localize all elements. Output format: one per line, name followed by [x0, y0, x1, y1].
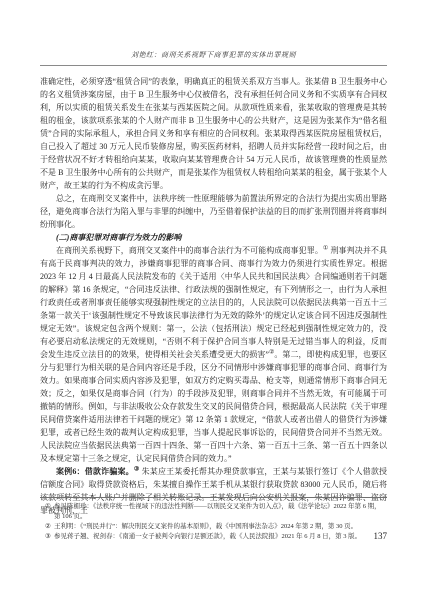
- case-label: 案例6：借款诈骗案。③: [56, 467, 139, 476]
- footnote-block: ① 参见陈楣珍：《法秩序统一性视域下的违法性判断——以刑民交叉案件为切入点》，载…: [40, 497, 387, 542]
- section-heading: (二)商事犯罪对商事行为效力的影响: [40, 231, 387, 244]
- footnote-marker: ③: [40, 532, 54, 542]
- footnote-item: ① 参见陈楣珍：《法秩序统一性视域下的违法性判断——以刑民交叉案件为切入点》，载…: [40, 502, 387, 522]
- document-page: 刘艳红：商刑关系视野下商事犯罪的实体出罪规则 准确定性，必须穿透“租赁合同”的表…: [0, 0, 427, 603]
- header-rule: [40, 65, 387, 66]
- running-header: 刘艳红：商刑关系视野下商事犯罪的实体出罪规则: [40, 0, 387, 60]
- paragraph-continuation: 准确定性，必须穿透“租赁合同”的表象，明确真正的租赁关系双方当事人。张某借 B …: [40, 75, 387, 192]
- paragraph-summary: 总之，在商刑交叉案件中，法秩序统一性原理能够为前置法所界定的合法行为提出实质出罪…: [40, 192, 387, 231]
- paragraph-analysis: 在商刑关系视野下，商刑交叉案件中的商事合法行为不可能构成商事犯罪。① 刑事判决并…: [40, 244, 387, 465]
- footnote-text: 参见蒋子翘、祝剑春：《南通一女子被判令向银行足额还款》，载《人民法院报》2021…: [54, 532, 387, 542]
- footnote-text: 参见陈楣珍：《法秩序统一性视域下的违法性判断——以刑民交叉案件为切入点》，载《法…: [54, 502, 387, 522]
- footnote-item: ③ 参见蒋子翘、祝剑春：《南通一女子被判令向银行足额还款》，载《人民法院报》20…: [40, 532, 387, 542]
- footnote-marker: ①: [40, 502, 54, 522]
- footnote-text: 王利明：《“刑民并行”：解决刑民交叉案件的基本原则》，载《中国刑事法杂志》202…: [54, 522, 387, 532]
- footnote-separator: [40, 497, 387, 498]
- page-number: 137: [374, 531, 388, 541]
- footnote-item: ② 王利明：《“刑民并行”：解决刑民交叉案件的基本原则》，载《中国刑事法杂志》2…: [40, 522, 387, 532]
- body-text: 准确定性，必须穿透“租赁合同”的表象，明确真正的租赁关系双方当事人。张某借 B …: [40, 75, 387, 517]
- footnote-marker: ②: [40, 522, 54, 532]
